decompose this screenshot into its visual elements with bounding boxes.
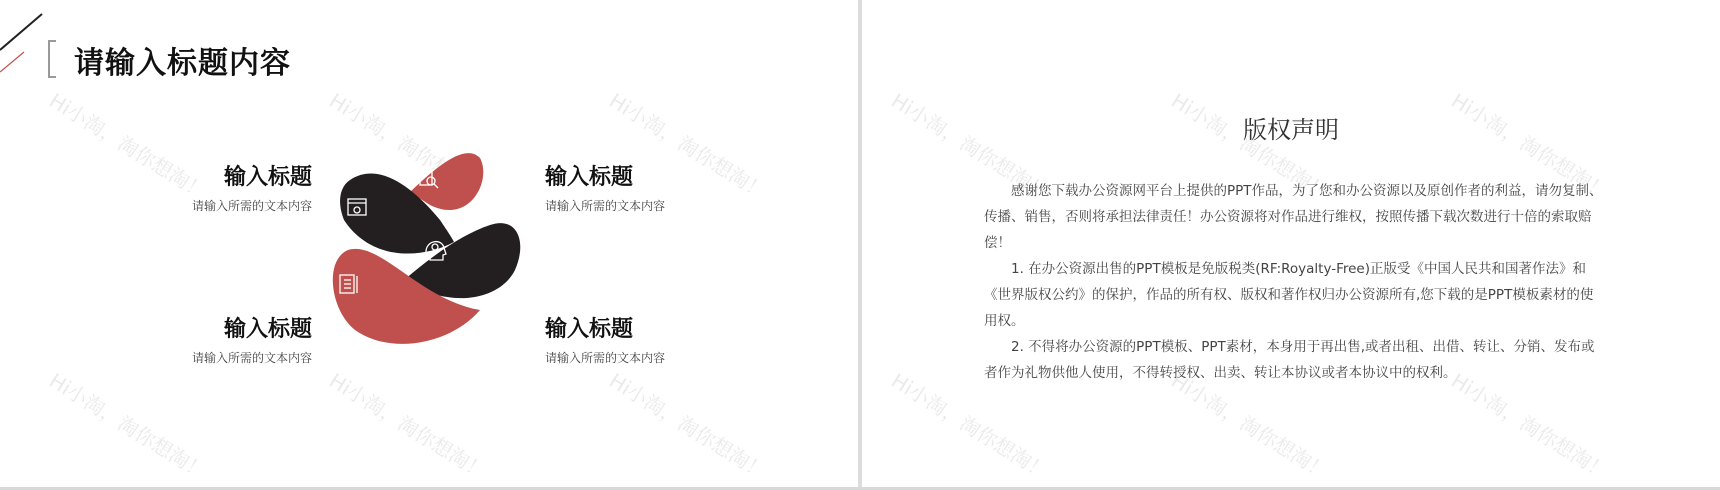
watermark: Hi小淘，淘你想淘！ <box>325 365 494 485</box>
copyright-body: 感谢您下载办公资源网平台上提供的PPT作品，为了您和办公资源以及原创作者的利益，… <box>984 178 1604 386</box>
copyright-paragraph: 2. 不得将办公资源的PPT模板、PPT素材，本身用于再出售,或者出租、出借、转… <box>984 334 1604 386</box>
slide-1: Hi小淘，淘你想淘！ Hi小淘，淘你想淘！ Hi小淘，淘你想淘！ Hi小淘，淘你… <box>0 0 858 487</box>
copyright-paragraph: 感谢您下载办公资源网平台上提供的PPT作品，为了您和办公资源以及原创作者的利益，… <box>984 178 1604 256</box>
item-title-3: 输入标题 <box>224 312 312 343</box>
item-subtitle-2: 请输入所需的文本内容 <box>545 349 665 366</box>
item-subtitle-3: 请输入所需的文本内容 <box>192 349 312 366</box>
page-title: 请输入标题内容 <box>74 38 291 82</box>
copyright-paragraph: 1. 在办公资源出售的PPT模板是免版税类(RF:Royalty-Free)正版… <box>984 256 1604 334</box>
copyright-title: 版权声明 <box>862 110 1720 145</box>
item-subtitle-1: 请输入所需的文本内容 <box>192 197 312 214</box>
item-subtitle-0: 请输入所需的文本内容 <box>545 197 665 214</box>
watermark: Hi小淘，淘你想淘！ <box>45 365 214 485</box>
title-bracket <box>48 40 56 78</box>
watermark: Hi小淘，淘你想淘！ <box>45 85 214 205</box>
watermark: Hi小淘，淘你想淘！ <box>605 365 774 485</box>
slide-2: Hi小淘，淘你想淘！ Hi小淘，淘你想淘！ Hi小淘，淘你想淘！ Hi小淘，淘你… <box>862 0 1720 487</box>
item-title-0: 输入标题 <box>545 160 633 191</box>
petal-diagram <box>330 150 530 360</box>
item-title-1: 输入标题 <box>224 160 312 191</box>
decorative-lines <box>0 0 50 80</box>
item-title-2: 输入标题 <box>545 312 633 343</box>
